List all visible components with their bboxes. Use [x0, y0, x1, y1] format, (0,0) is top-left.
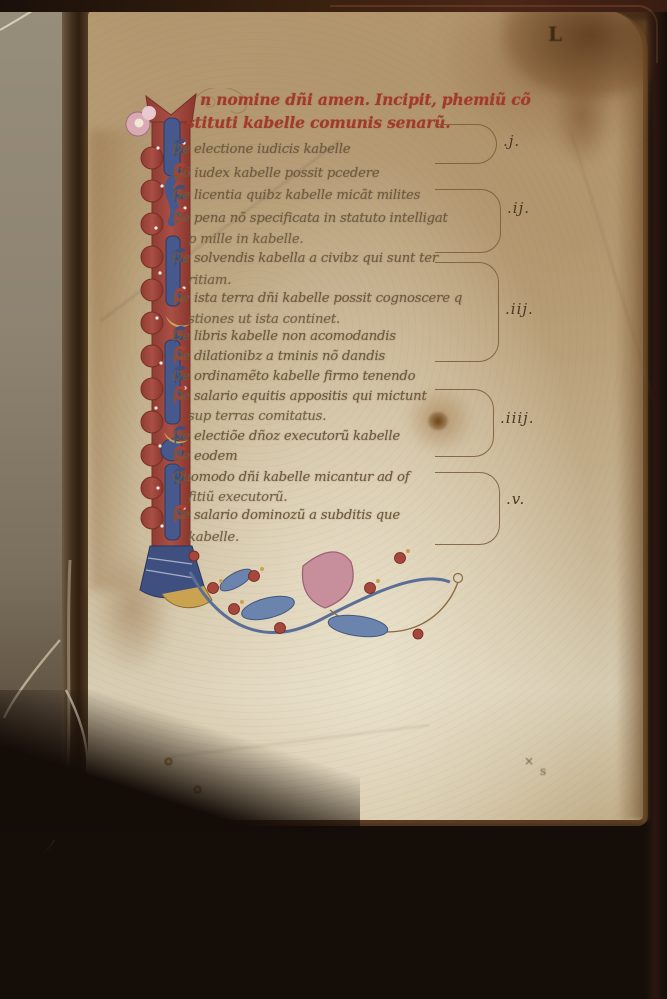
line-text: fitiũ executorũ. [188, 490, 287, 505]
line-text: stituti kabelle comunis senarũ. [186, 113, 450, 132]
bottom-shadow [0, 822, 667, 999]
margin-pen-mark: × [524, 754, 534, 768]
line-text: De electione iudicis kabelle [172, 142, 350, 157]
line-text: De ista terra dñi kabelle possit cognosc… [172, 291, 462, 306]
line-text: De ordinamẽto kabelle firmo tenendo [172, 369, 415, 384]
line-text: p mille in kabelle. [188, 232, 303, 247]
chapter-bracket [435, 189, 501, 253]
cover-corner-frame [330, 5, 658, 63]
chapter-bracket [435, 262, 499, 362]
chapter-numeral: .ij. [507, 199, 530, 217]
chapter-bracket [435, 472, 500, 545]
line-text: stiones ut ista continet. [188, 312, 340, 327]
line-text: kabelle. [188, 530, 239, 545]
line-text: n nomine dñi amen. Incipit, phemiũ cõ [200, 90, 531, 109]
chapter-bracket [435, 124, 497, 164]
line-text: De libris kabelle non acomodandis [172, 329, 396, 344]
chapter-numeral: .j. [503, 132, 520, 150]
line-text: Quomodo dñi kabelle micantur ad of [172, 470, 409, 485]
chapter-numeral: .iij. [505, 300, 534, 318]
right-edge-shadow [645, 0, 667, 999]
line-text: Qõ iudex kabelle possit pcedere [172, 166, 379, 181]
line-text: De eodem [172, 449, 237, 464]
line-text: sup terras comitatus. [188, 409, 326, 424]
margin-pen-mark: s [540, 764, 546, 778]
chapter-numeral: .v. [506, 490, 525, 508]
chapter-numeral: .iiij. [500, 409, 535, 427]
line-text: De licentia quibz kabelle micãt milites [172, 188, 420, 203]
chapter-bracket [435, 389, 494, 457]
line-text: De electiõe dñoz executorũ kabelle [172, 429, 400, 444]
manuscript-photo: n nomine dñi amen. Incipit, phemiũ cõsti… [0, 0, 667, 999]
bottom-left-shadow [0, 690, 360, 840]
line-text: De dilationibz a tminis nõ dandis [172, 349, 385, 364]
line-text: De salario dominozũ a subditis que [172, 508, 400, 523]
line-text: De solvendis kabella a civibz qui sunt t… [172, 251, 438, 266]
line-text: De pena nõ specificata in statuto intell… [172, 211, 448, 226]
line-text: De salario equitis appositis qui mictunt [172, 389, 427, 404]
line-text: ritiam. [188, 273, 231, 288]
